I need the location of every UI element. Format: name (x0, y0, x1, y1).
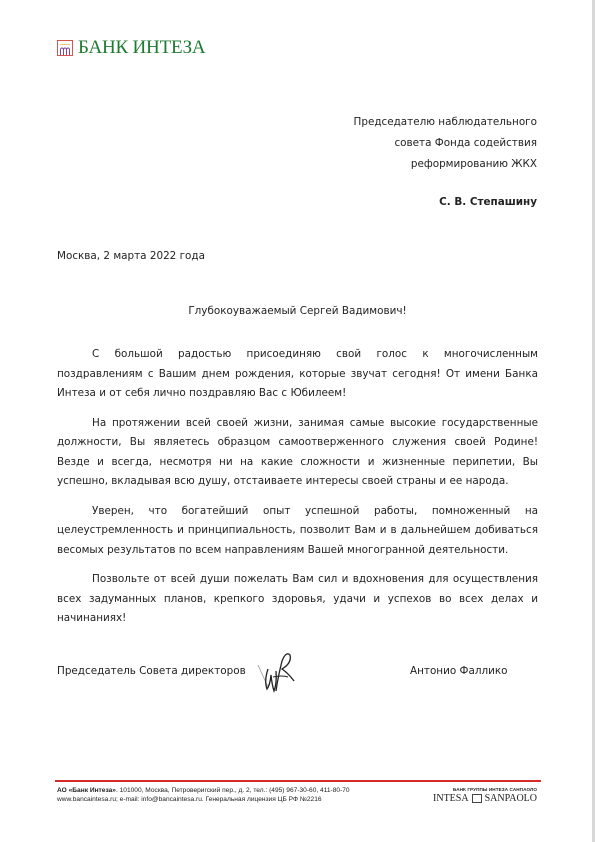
salutation: Глубокоуважаемый Сергей Вадимович! (0, 305, 595, 317)
intesa-sanpaolo-icon (472, 794, 482, 803)
signature-row: Председатель Совета директоров Антонио Ф… (57, 655, 527, 705)
paragraph: Уверен, что богатейший опыт успешной раб… (57, 502, 538, 561)
footer-web-line: www.bancaintesa.ru; e-mail: info@bancain… (57, 795, 350, 804)
bank-logo-text: БАНК ИНТЕЗА (78, 38, 205, 58)
sanpaolo-text: SANPAOLO (485, 793, 537, 804)
signatory-title: Председатель Совета директоров (57, 665, 246, 677)
paragraph: Позвольте от всей души пожелать Вам сил … (57, 570, 538, 629)
footer-contacts: АО «Банк Интеза». 101000, Москва, Петров… (57, 786, 350, 804)
letter-body: С большой радостью присоединяю свой голо… (57, 345, 538, 639)
paragraph: С большой радостью присоединяю свой голо… (57, 345, 538, 404)
intesa-sanpaolo-logo: INTESA SANPAOLO (433, 793, 537, 804)
group-logo: БАНК ГРУППЫ ИНТЕЗА САНПАОЛО INTESA SANPA… (433, 786, 537, 804)
addressee-block: Председателю наблюдательного совета Фонд… (354, 112, 537, 213)
bank-logo: БАНК ИНТЕЗА (57, 38, 205, 58)
letter-date: Москва, 2 марта 2022 года (57, 250, 205, 262)
footer-divider (55, 780, 541, 782)
addressee-line: совета Фонда содействия (354, 133, 537, 154)
footer-company: АО «Банк Интеза» (57, 787, 116, 794)
footer-address: . 101000, Москва, Петроверигский пер., д… (116, 787, 350, 794)
addressee-line: реформированию ЖКХ (354, 154, 537, 175)
addressee-name: С. В. Степашину (354, 192, 537, 213)
group-label: БАНК ГРУППЫ ИНТЕЗА САНПАОЛО (433, 786, 537, 793)
handwritten-signature-icon (254, 647, 299, 697)
bank-logo-icon (57, 40, 73, 56)
intesa-text: INTESA (433, 793, 469, 804)
signatory-name: Антонио Фаллико (410, 665, 508, 677)
addressee-line: Председателю наблюдательного (354, 112, 537, 133)
paragraph: На протяжении всей своей жизни, занимая … (57, 414, 538, 492)
